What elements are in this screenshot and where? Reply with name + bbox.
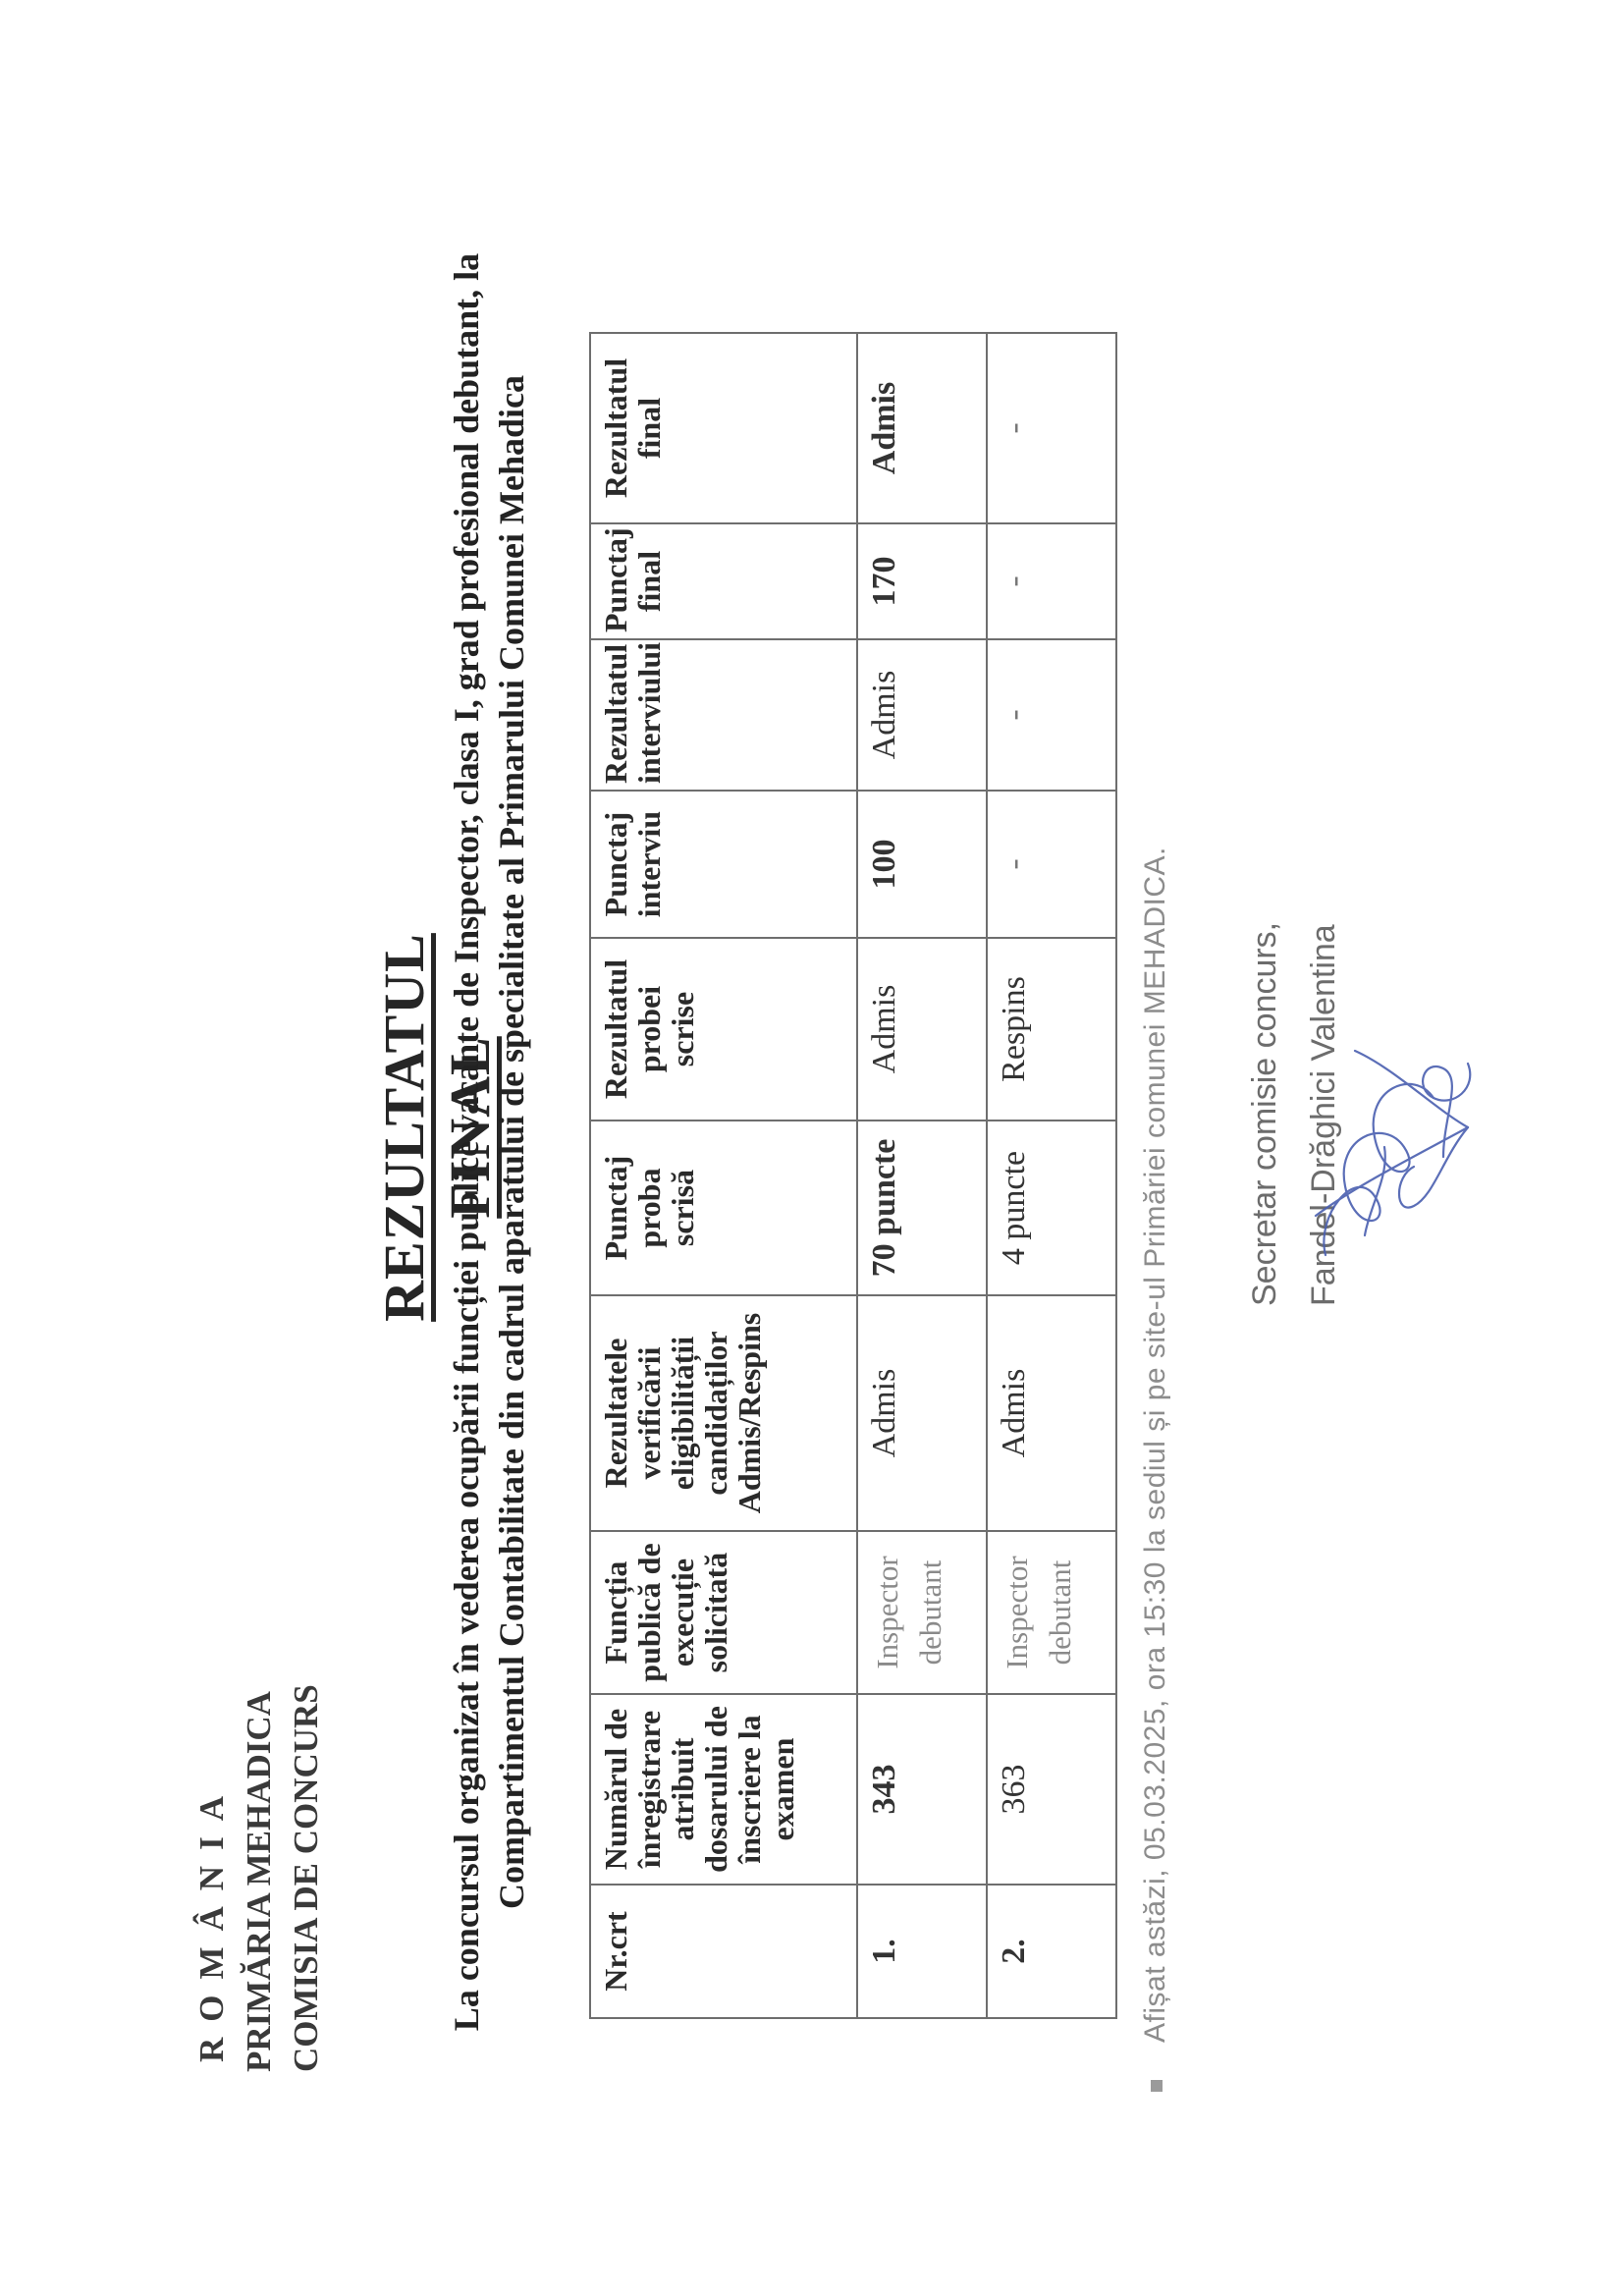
column-header-interview-score: Punctaj interviu bbox=[590, 791, 857, 938]
issuer-header: ROMÂNIA PRIMĂRIA MEHADICA COMISIA DE CON… bbox=[189, 1561, 330, 2072]
posting-note-text: Afișat astăzi, 05.03.2025, ora 15:30 la … bbox=[1139, 847, 1171, 2043]
column-header-position: Funcția publică de execuție solicitată bbox=[590, 1531, 857, 1694]
subtitle-line-1: La concursul organizat în vederea ocupăr… bbox=[444, 194, 489, 2090]
cell-eligibility: Admis bbox=[987, 1295, 1116, 1531]
cell-interview-result: Admis bbox=[857, 639, 987, 791]
column-header-final-result: Rezultatul final bbox=[590, 333, 857, 523]
document-page: ROMÂNIA PRIMĂRIA MEHADICA COMISIA DE CON… bbox=[0, 0, 1623, 2296]
table-header-row: Nr.crt Numărul de înregistrare atribuit … bbox=[590, 333, 857, 2018]
column-header-nr: Nr.crt bbox=[590, 1885, 857, 2018]
country-name: ROMÂNIA bbox=[189, 1561, 236, 2072]
cell-final-score: 170 bbox=[857, 523, 987, 639]
results-table: Nr.crt Numărul de înregistrare atribuit … bbox=[589, 332, 1117, 2019]
cell-written-result: Respins bbox=[987, 938, 1116, 1121]
commission-name: COMISIA DE CONCURS bbox=[283, 1561, 330, 2072]
column-header-eligibility: Rezultatele verificării eligibilității c… bbox=[590, 1295, 857, 1531]
handwritten-signature-icon bbox=[1296, 1039, 1483, 1275]
column-header-written-result: Rezultatul probei scrise bbox=[590, 938, 857, 1121]
cell-position: Inspector debutant bbox=[857, 1531, 987, 1694]
posting-note: Afișat astăzi, 05.03.2025, ora 15:30 la … bbox=[1139, 619, 1172, 2092]
column-header-interview-result: Rezultatul interviului bbox=[590, 639, 857, 791]
cell-registration-number: 363 bbox=[987, 1694, 1116, 1885]
document-subtitle: La concursul organizat în vederea ocupăr… bbox=[444, 194, 534, 2090]
column-header-final-score: Punctaj final bbox=[590, 523, 857, 639]
institution-name: PRIMĂRIA MEHADICA bbox=[236, 1561, 283, 2072]
cell-interview-score: 100 bbox=[857, 791, 987, 938]
cell-nr: 2. bbox=[987, 1885, 1116, 2018]
cell-final-result: - bbox=[987, 333, 1116, 523]
cell-final-score: - bbox=[987, 523, 1116, 639]
subtitle-line-2: Compartimentul Contabilitate din cadrul … bbox=[489, 194, 534, 2090]
column-header-written-score: Punctaj proba scrisă bbox=[590, 1121, 857, 1295]
cell-eligibility: Admis bbox=[857, 1295, 987, 1531]
cell-written-score: 4 puncte bbox=[987, 1121, 1116, 1295]
cell-nr: 1. bbox=[857, 1885, 987, 2018]
cell-written-result: Admis bbox=[857, 938, 987, 1121]
table-row: 1. 343 Inspector debutant Admis 70 punct… bbox=[857, 333, 987, 2018]
cell-interview-result: - bbox=[987, 639, 1116, 791]
table-row: 2. 363 Inspector debutant Admis 4 puncte… bbox=[987, 333, 1116, 2018]
cell-final-result: Admis bbox=[857, 333, 987, 523]
cell-registration-number: 343 bbox=[857, 1694, 987, 1885]
column-header-registration-number: Numărul de înregistrare atribuit dosarul… bbox=[590, 1694, 857, 1885]
cell-interview-score: - bbox=[987, 791, 1116, 938]
signatory-role: Secretar comisie concurs, bbox=[1235, 854, 1294, 1306]
cell-written-score: 70 puncte bbox=[857, 1121, 987, 1295]
cell-position: Inspector debutant bbox=[987, 1531, 1116, 1694]
bullet-icon bbox=[1151, 2080, 1163, 2092]
